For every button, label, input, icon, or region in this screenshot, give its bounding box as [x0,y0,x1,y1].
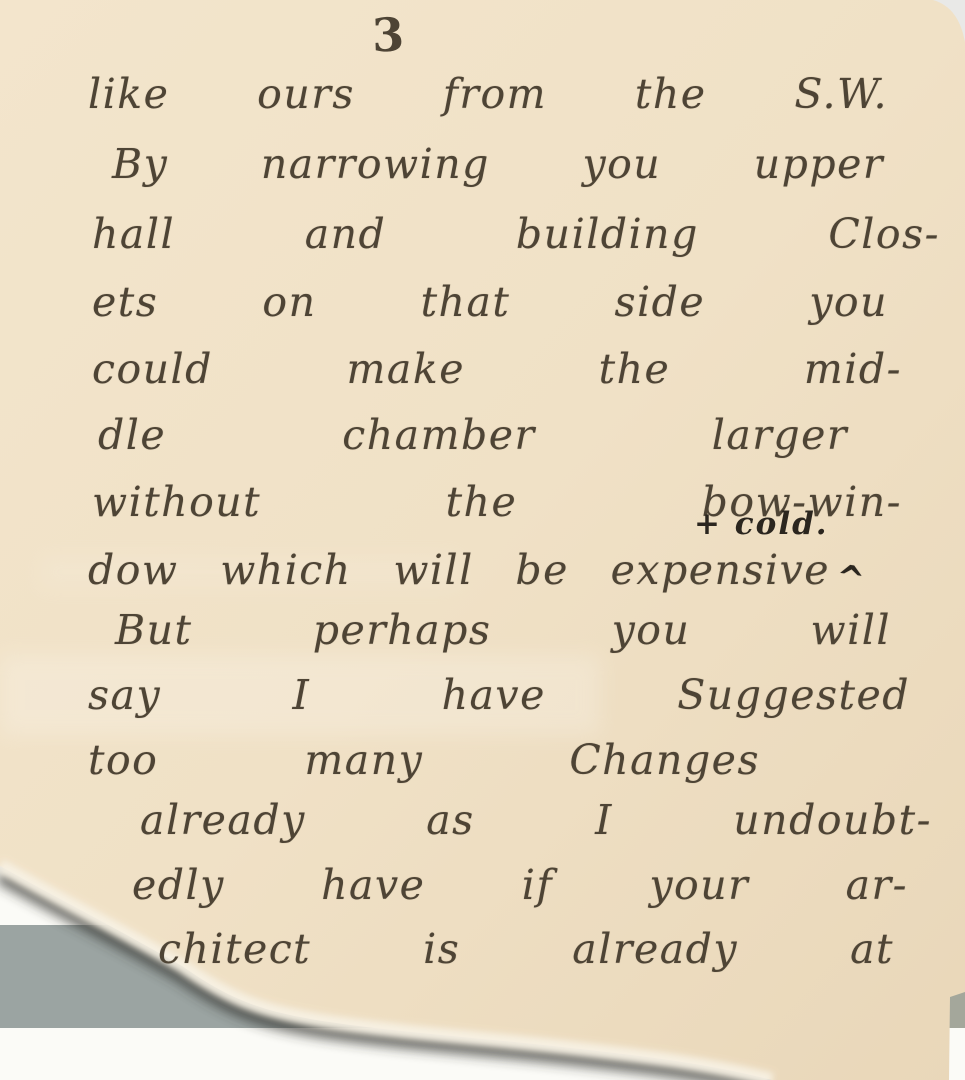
handwritten-line: edly have if your ar- [132,861,908,909]
handwritten-line: By narrowing you upper [112,140,884,188]
inserted-annotation: + cold. [694,506,829,542]
page-number: 3 [371,7,405,62]
handwritten-line: dle chamber larger [98,411,848,459]
handwritten-line: like ours from the S.W. [88,70,888,118]
handwritten-line: say I have Suggested [88,671,910,719]
handwritten-line: too many Changes [88,736,760,784]
handwritten-line: hall and building Clos- [92,210,940,258]
handwritten-line: ets on that side you [92,278,888,326]
handwritten-line: already as I undoubt- [140,796,932,844]
handwritten-line-with-caret: dow which will be expensive^ [88,546,866,594]
handwritten-line-text: dow which will be expensive [88,546,830,594]
handwritten-line: could make the mid- [92,345,902,393]
scanned-letter-page: 3 like ours from the S.W. By narrowing y… [0,0,965,1080]
handwritten-line: But perhaps you will [115,606,891,654]
handwritten-line: chitect is already at [158,925,894,973]
insertion-caret-mark: ^ [833,557,868,601]
handwriting-layer: 3 like ours from the S.W. By narrowing y… [0,0,965,1080]
